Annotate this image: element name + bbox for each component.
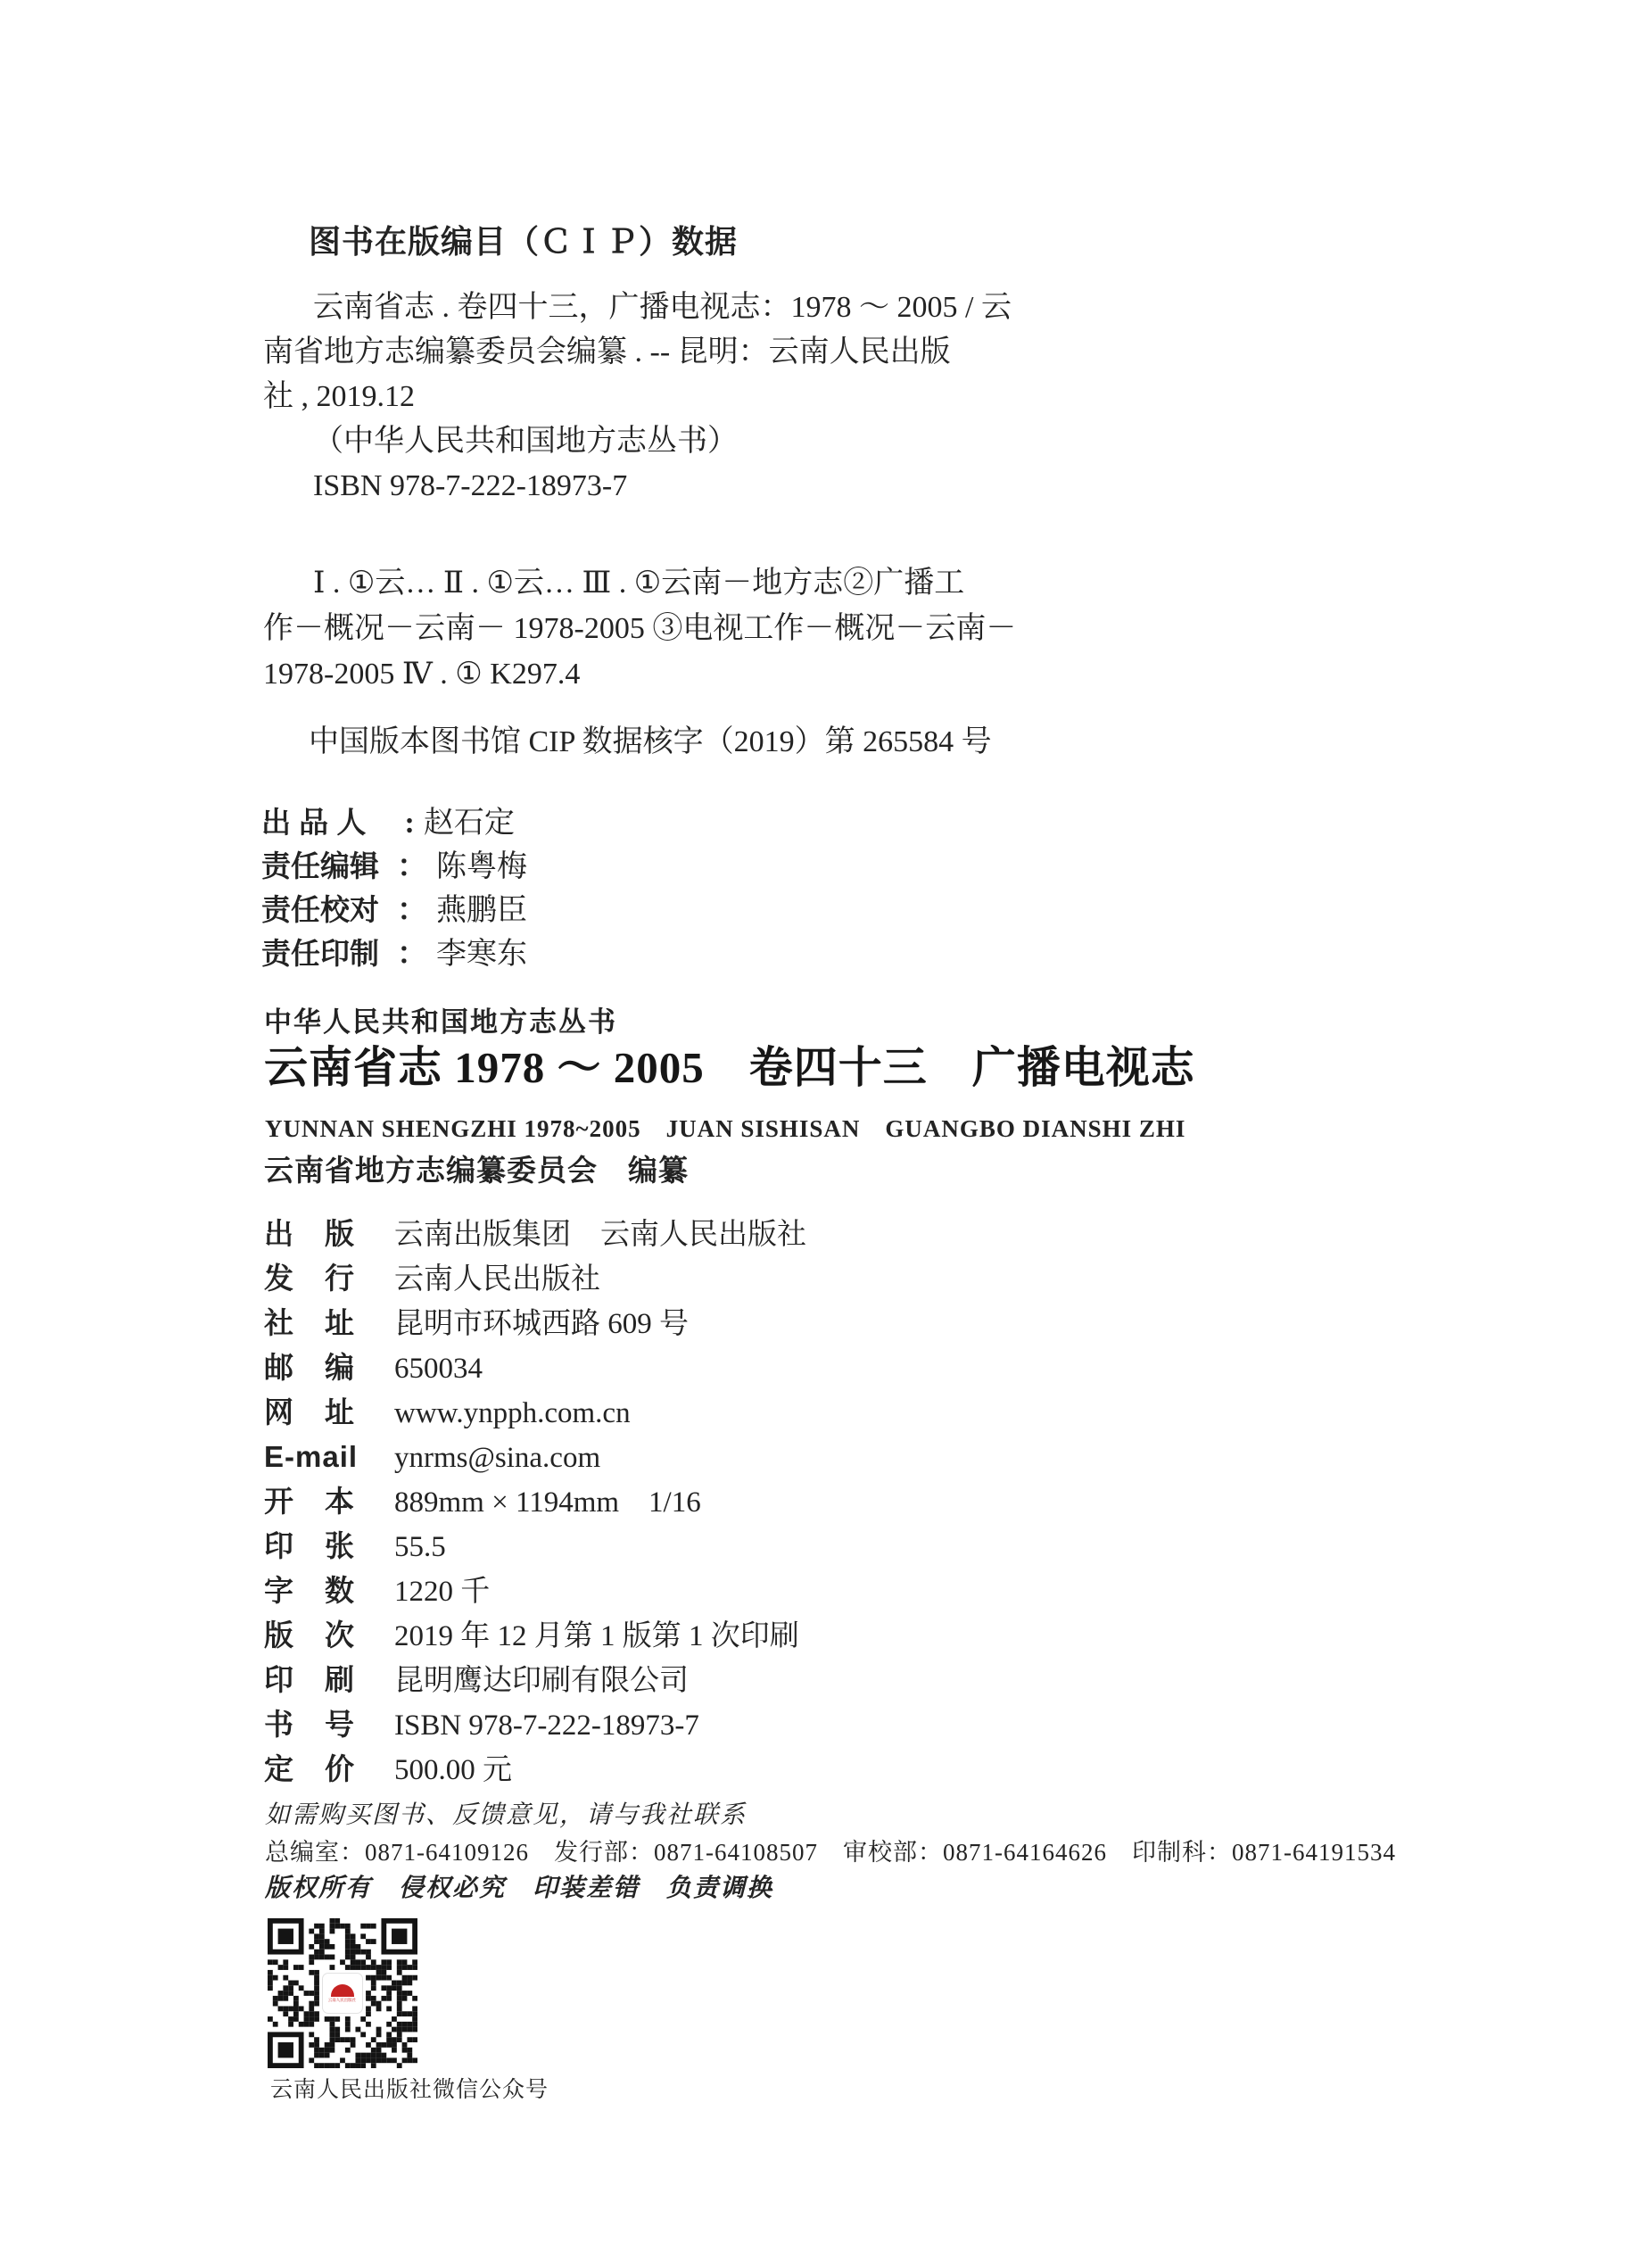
pub-value: 500.00 元 [394,1754,512,1786]
credit-label: 责任校对 [261,889,397,931]
cip-header: 图书在版编目（ＣＩＰ）数据 [309,217,738,262]
pub-value: 云南出版集团 云南人民出版社 [394,1219,806,1251]
pub-label: 书 号 [264,1702,387,1747]
pub-label: 开 本 [264,1479,387,1524]
pub-label: 社 址 [264,1301,387,1345]
credit-value: 赵石定 [424,807,515,840]
pub-label: E-mail [264,1435,387,1479]
cip-desc-line: 社 , 2019.12 [263,375,1012,419]
pub-row: 开 本889mm × 1194mm 1/16 [264,1479,806,1524]
pub-value: ynrms@sina.com [394,1442,600,1474]
pub-label: 定 价 [264,1747,387,1792]
cip-isbn: ISBN 978-7-222-18973-7 [263,464,1012,509]
publisher-logo: 云南人民出版社 [322,1973,363,2014]
cip-record-number: 中国版本图书馆 CIP 数据核字（2019）第 265584 号 [309,716,992,760]
pub-row: 出 版云南出版集团 云南人民出版社 [264,1212,806,1256]
wechat-qr-code: 云南人民出版社 [268,1918,417,2068]
pub-row: 定 价500.00 元 [264,1747,806,1792]
pub-value: 云南人民出版社 [394,1263,600,1296]
purchase-note: 如需购买图书、反馈意见，请与我社联系 [265,1795,747,1831]
cip-description: 云南省志 . 卷四十三，广播电视志：1978 ～ 2005 / 云 南省地方志编… [263,286,1012,509]
pub-row: 发 行云南人民出版社 [264,1256,806,1301]
pub-value: 889mm × 1194mm 1/16 [394,1486,701,1519]
credit-row: 出 品 人 :赵石定 [261,801,527,845]
credit-label: 出 品 人 [261,801,397,844]
pub-row: 字 数1220 千 [264,1569,806,1613]
pub-row: 印 张55.5 [264,1524,806,1569]
pub-value: 1220 千 [394,1576,490,1608]
publisher-sun-icon [331,1984,354,1997]
pub-value: 昆明鹰达印刷有限公司 [394,1665,689,1697]
pub-row: 书 号ISBN 978-7-222-18973-7 [264,1702,806,1747]
publication-info: 出 版云南出版集团 云南人民出版社 发 行云南人民出版社 社 址昆明市环城西路 … [264,1212,806,1792]
staff-credits: 出 品 人 :赵石定 责任编辑：陈粤梅 责任校对：燕鹏臣 责任印制：李寒东 [261,801,527,976]
cip-classification: Ⅰ . ①云… Ⅱ . ①云… Ⅲ . ①云南－地方志②广播工 作－概况－云南－… [263,560,1016,697]
credit-separator: ： [397,938,427,971]
copyright-page: 图书在版编目（ＣＩＰ）数据 云南省志 . 卷四十三，广播电视志：1978 ～ 2… [0,0,1652,2260]
pub-row: 印 刷昆明鹰达印刷有限公司 [264,1658,806,1702]
pub-label: 印 张 [264,1524,387,1569]
credit-row: 责任校对：燕鹏臣 [261,889,527,932]
pub-row: 版 次2019 年 12 月第 1 版第 1 次印刷 [264,1613,806,1658]
pub-value: 650034 [394,1353,483,1385]
credit-separator: : [397,807,415,840]
credit-value: 李寒东 [436,938,527,971]
credit-value: 燕鹏臣 [436,894,527,927]
pub-row: E-mailynrms@sina.com [264,1435,806,1479]
credit-label: 责任印制 [261,932,397,975]
credit-row: 责任编辑：陈粤梅 [261,845,527,889]
pub-label: 印 刷 [264,1658,387,1702]
book-title: 云南省志 1978 ～ 2005 卷四十三 广播电视志 [264,1033,1195,1096]
pub-value: 2019 年 12 月第 1 版第 1 次印刷 [394,1620,799,1652]
cip-desc-line: 南省地方志编纂委员会编纂 . -- 昆明：云南人民出版 [263,330,1012,375]
pub-row: 网 址www.ynpph.com.cn [264,1390,806,1435]
pub-value: ISBN 978-7-222-18973-7 [394,1709,699,1742]
cip-series-note: （中华人民共和国地方志丛书） [263,419,1012,464]
pub-label: 版 次 [264,1613,387,1658]
pub-label: 字 数 [264,1569,387,1613]
qr-caption: 云南人民出版社微信公众号 [270,2072,549,2104]
pub-label: 邮 编 [264,1345,387,1390]
copyright-rights-line: 版权所有 侵权必究 印装差错 负责调换 [265,1868,773,1904]
compiler-line: 云南省地方志编纂委员会 编纂 [264,1147,689,1189]
contact-phones: 总编室：0871-64109126 发行部：0871-64108507 审校部：… [265,1833,1396,1867]
credit-separator: ： [397,850,427,883]
pub-label: 出 版 [264,1212,387,1256]
credit-row: 责任印制：李寒东 [261,932,527,976]
pub-row: 社 址昆明市环城西路 609 号 [264,1301,806,1345]
pub-value: 55.5 [394,1531,446,1563]
pub-value: www.ynpph.com.cn [394,1397,631,1429]
credit-label: 责任编辑 [261,845,397,888]
pub-label: 发 行 [264,1256,387,1301]
pub-value: 昆明市环城西路 609 号 [394,1308,689,1340]
cip-desc-line: 云南省志 . 卷四十三，广播电视志：1978 ～ 2005 / 云 [263,286,1012,330]
pub-label: 网 址 [264,1390,387,1435]
publisher-logo-text: 云南人民出版社 [328,1999,357,2003]
credit-separator: ： [397,894,427,927]
credit-value: 陈粤梅 [436,850,527,883]
cip-class-line: 1978-2005 Ⅳ . ① K297.4 [263,651,1016,697]
cip-class-line: 作－概况－云南－ 1978-2005 ③电视工作－概况－云南－ [263,606,1016,651]
pub-row: 邮 编650034 [264,1345,806,1390]
cip-class-line: Ⅰ . ①云… Ⅱ . ①云… Ⅲ . ①云南－地方志②广播工 [263,560,1016,606]
book-title-pinyin: YUNNAN SHENGZHI 1978~2005 JUAN SISHISAN … [265,1109,1185,1144]
